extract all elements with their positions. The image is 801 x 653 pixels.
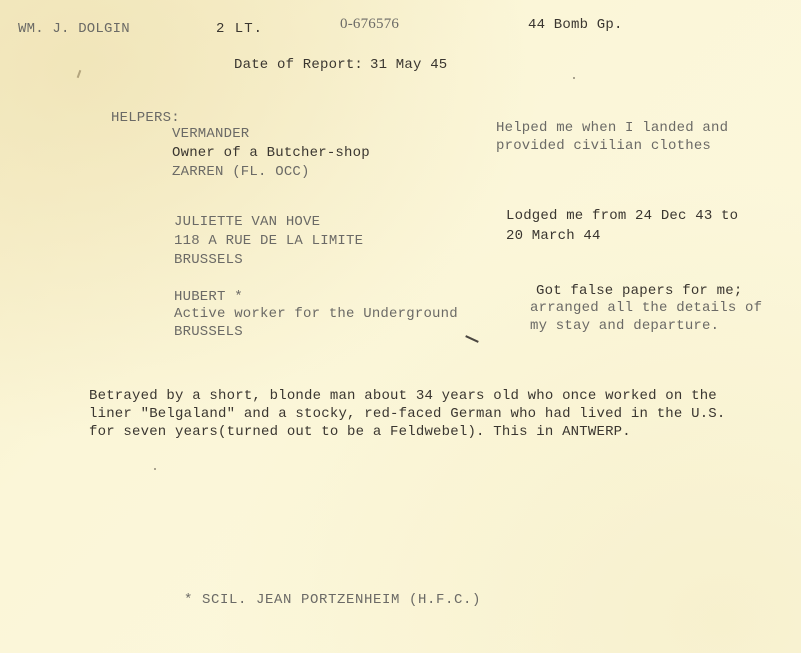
airman-rank: 2 LT. — [216, 19, 263, 39]
ink-dot — [573, 77, 575, 79]
helper-note-line: provided civilian clothes — [496, 136, 711, 156]
serial-number: 0-676576 — [340, 14, 399, 34]
helper-note-line: my stay and departure. — [530, 316, 719, 336]
helper-location: BRUSSELS — [174, 322, 243, 342]
helper-description: Owner of a Butcher-shop — [172, 143, 370, 163]
date-of-report-value: 31 May 45 — [370, 55, 447, 75]
helper-name: JULIETTE VAN HOVE — [174, 212, 320, 232]
helper-description: Active worker for the Underground — [174, 304, 458, 324]
helper-note-line: Helped me when I landed and — [496, 118, 728, 138]
ink-dot — [154, 468, 156, 470]
date-of-report-label: Date of Report: — [234, 55, 363, 75]
helpers-heading: HELPERS: — [111, 108, 180, 128]
airman-name: WM. J. DOLGIN — [18, 19, 130, 39]
helper-location: BRUSSELS — [174, 250, 243, 270]
footnote: * SCIL. JEAN PORTZENHEIM (H.F.C.) — [184, 590, 481, 610]
helper-address: 118 A RUE DE LA LIMITE — [174, 231, 363, 251]
helper-note-line: 20 March 44 — [506, 226, 601, 246]
helper-note-line: arranged all the details of — [530, 298, 762, 318]
unit-name: 44 Bomb Gp. — [528, 15, 623, 35]
helper-note-line: Lodged me from 24 Dec 43 to — [506, 206, 738, 226]
helper-name: VERMANDER — [172, 124, 249, 144]
narrative-line: Betrayed by a short, blonde man about 34… — [89, 386, 717, 406]
helper-location: ZARREN (FL. OCC) — [172, 162, 310, 182]
narrative-line: for seven years(turned out to be a Feldw… — [89, 422, 631, 442]
narrative-line: liner "Belgaland" and a stocky, red-face… — [89, 404, 726, 424]
